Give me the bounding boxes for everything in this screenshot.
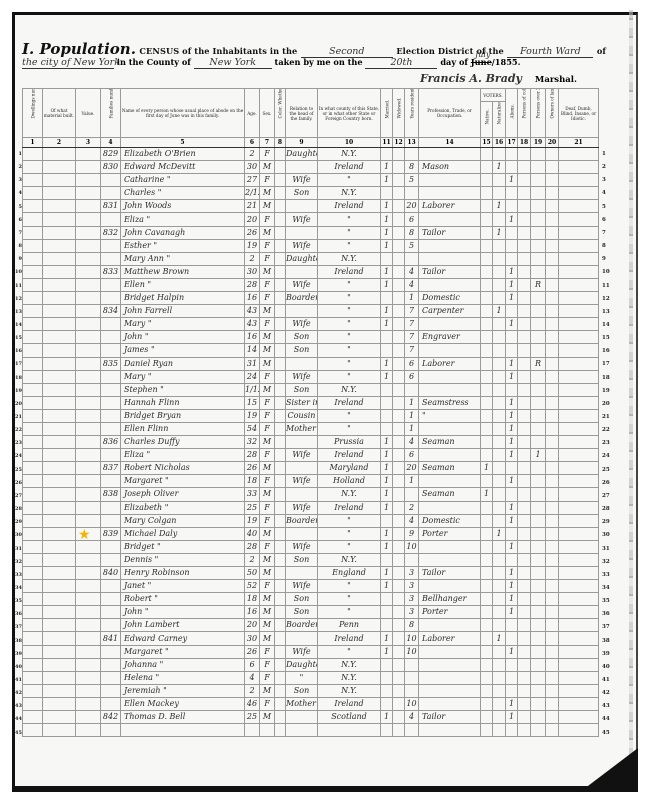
persons-of-color-cell — [518, 697, 531, 710]
age-cell: 52 — [245, 580, 260, 593]
col-header-native: Native. — [481, 102, 493, 138]
landowner-cell — [546, 697, 559, 710]
material-cell — [43, 383, 76, 396]
occupation-cell: " — [419, 409, 481, 422]
color-cell — [275, 711, 286, 724]
row-number-right: 14 — [602, 322, 610, 328]
occupation-cell — [419, 501, 481, 514]
material-cell — [43, 187, 76, 200]
month-struck: June — [471, 57, 492, 67]
aliens-cell — [506, 187, 518, 200]
material-cell — [43, 449, 76, 462]
color-cell — [275, 553, 286, 566]
color-cell — [275, 265, 286, 278]
dwelling-cell — [23, 475, 43, 488]
dwelling-cell — [23, 488, 43, 501]
family-number-cell — [101, 593, 121, 606]
dwelling-cell — [23, 436, 43, 449]
disability-cell — [559, 684, 599, 697]
material-cell — [43, 527, 76, 540]
page-bottom-edge — [12, 786, 612, 792]
landowner-cell — [546, 200, 559, 213]
relation-cell: Wife — [286, 213, 318, 226]
years-resident-cell — [405, 724, 419, 737]
naturalized-voter-cell — [493, 370, 506, 383]
occupation-cell: Mason — [419, 161, 481, 174]
landowner-cell — [546, 265, 559, 278]
native-voter-cell — [481, 187, 493, 200]
persons-of-color-cell — [518, 265, 531, 278]
years-resident-cell: 7 — [405, 305, 419, 318]
col-number: 19 — [531, 138, 546, 148]
age-cell: 43 — [245, 318, 260, 331]
illiterate-cell — [531, 553, 546, 566]
table-row: Helena " 4 F " N.Y. — [23, 671, 599, 684]
years-resident-cell: 4 — [405, 278, 419, 291]
col-number: 10 — [318, 138, 381, 148]
years-resident-cell: 10 — [405, 645, 419, 658]
family-number-cell — [101, 422, 121, 435]
row-number-left: 5 — [14, 204, 22, 210]
widowed-cell — [393, 383, 405, 396]
row-number-left: 44 — [14, 716, 22, 722]
landowner-cell — [546, 422, 559, 435]
relation-cell: Wife — [286, 580, 318, 593]
landowner-cell — [546, 344, 559, 357]
persons-of-color-cell — [518, 252, 531, 265]
married-cell: 1 — [381, 278, 393, 291]
row-number-right: 16 — [602, 348, 610, 354]
birthplace-cell: Ireland — [318, 632, 381, 645]
dwelling-cell — [23, 567, 43, 580]
table-row: Charles " 2/12 M Son N.Y. — [23, 187, 599, 200]
illiterate-cell — [531, 344, 546, 357]
row-number-right: 37 — [602, 624, 610, 630]
dwelling-cell — [23, 671, 43, 684]
landowner-cell — [546, 213, 559, 226]
occupation-cell — [419, 370, 481, 383]
row-number-left: 14 — [14, 322, 22, 328]
dwelling-cell — [23, 357, 43, 370]
landowner-cell — [546, 632, 559, 645]
aliens-cell — [506, 724, 518, 737]
disability-cell — [559, 606, 599, 619]
relation-cell — [286, 200, 318, 213]
sex-cell: M — [260, 383, 275, 396]
landowner-cell — [546, 645, 559, 658]
material-cell — [43, 567, 76, 580]
col-number: 9 — [286, 138, 318, 148]
row-number-left: 35 — [14, 598, 22, 604]
color-cell — [275, 409, 286, 422]
years-resident-cell: 6 — [405, 370, 419, 383]
landowner-cell — [546, 239, 559, 252]
native-voter-cell — [481, 239, 493, 252]
illiterate-cell — [531, 409, 546, 422]
disability-cell — [559, 475, 599, 488]
sex-cell: M — [260, 436, 275, 449]
person-name-cell: Dennis " — [121, 553, 245, 566]
material-cell — [43, 331, 76, 344]
table-row — [23, 724, 599, 737]
naturalized-voter-cell — [493, 318, 506, 331]
row-number-right: 1 — [602, 151, 606, 157]
naturalized-voter-cell — [493, 697, 506, 710]
age-cell: 15 — [245, 396, 260, 409]
row-number-right: 25 — [602, 467, 610, 473]
occupation-cell — [419, 580, 481, 593]
color-cell — [275, 540, 286, 553]
age-cell: 19 — [245, 409, 260, 422]
sex-cell — [260, 724, 275, 737]
naturalized-voter-cell — [493, 422, 506, 435]
person-name-cell: Bridget Halpin — [121, 292, 245, 305]
native-voter-cell — [481, 213, 493, 226]
sex-cell: F — [260, 645, 275, 658]
row-number-left: 34 — [14, 585, 22, 591]
row-number-right: 28 — [602, 506, 610, 512]
persons-of-color-cell — [518, 645, 531, 658]
relation-cell: Wife — [286, 370, 318, 383]
person-name-cell: Catharine " — [121, 174, 245, 187]
material-cell — [43, 396, 76, 409]
sex-cell: M — [260, 632, 275, 645]
persons-of-color-cell — [518, 658, 531, 671]
years-resident-cell — [405, 148, 419, 161]
native-voter-cell — [481, 265, 493, 278]
dwelling-cell — [23, 292, 43, 305]
material-cell — [43, 711, 76, 724]
aliens-cell — [506, 331, 518, 344]
age-cell: 19 — [245, 514, 260, 527]
disability-cell — [559, 449, 599, 462]
relation-cell: Wife — [286, 645, 318, 658]
color-cell — [275, 239, 286, 252]
disability-cell — [559, 344, 599, 357]
persons-of-color-cell — [518, 239, 531, 252]
illiterate-cell — [531, 436, 546, 449]
naturalized-voter-cell — [493, 148, 506, 161]
years-resident-cell: 8 — [405, 619, 419, 632]
person-name-cell: John Woods — [121, 200, 245, 213]
married-cell — [381, 252, 393, 265]
widowed-cell — [393, 331, 405, 344]
persons-of-color-cell — [518, 632, 531, 645]
aliens-cell: 1 — [506, 697, 518, 710]
row-number-left: 39 — [14, 651, 22, 657]
color-cell — [275, 619, 286, 632]
family-number-cell — [101, 540, 121, 553]
naturalized-voter-cell — [493, 265, 506, 278]
col-header-families: Families numbered in the order of their … — [101, 89, 121, 138]
naturalized-voter-cell — [493, 671, 506, 684]
color-cell — [275, 305, 286, 318]
years-resident-cell: 4 — [405, 265, 419, 278]
material-cell — [43, 357, 76, 370]
value-cell — [76, 265, 101, 278]
age-cell: 26 — [245, 462, 260, 475]
aliens-cell: 1 — [506, 436, 518, 449]
table-row: Robert " 18 M Son " 3 Bellhanger 1 — [23, 593, 599, 606]
widowed-cell — [393, 305, 405, 318]
row-number-left: 32 — [14, 559, 22, 565]
disability-cell — [559, 540, 599, 553]
years-resident-cell: 5 — [405, 174, 419, 187]
dwelling-cell — [23, 645, 43, 658]
birthplace-cell: " — [318, 292, 381, 305]
years-resident-cell: 6 — [405, 449, 419, 462]
persons-of-color-cell — [518, 488, 531, 501]
persons-of-color-cell — [518, 226, 531, 239]
row-number-right: 12 — [602, 296, 610, 302]
married-cell — [381, 292, 393, 305]
family-number-cell: 832 — [101, 226, 121, 239]
family-number-cell — [101, 697, 121, 710]
landowner-cell — [546, 331, 559, 344]
illiterate-cell: 1 — [531, 449, 546, 462]
person-name-cell: Mary Ann " — [121, 252, 245, 265]
native-voter-cell — [481, 724, 493, 737]
color-cell — [275, 187, 286, 200]
years-resident-cell: 1 — [405, 475, 419, 488]
row-number-right: 27 — [602, 493, 610, 499]
table-row: John " 16 M Son " 7 Engraver — [23, 331, 599, 344]
sex-cell: F — [260, 501, 275, 514]
relation-cell — [286, 305, 318, 318]
family-number-cell — [101, 671, 121, 684]
family-number-cell — [101, 213, 121, 226]
sex-cell: M — [260, 344, 275, 357]
family-number-cell — [101, 383, 121, 396]
dwelling-cell — [23, 252, 43, 265]
person-name-cell: Jeremiah " — [121, 684, 245, 697]
persons-of-color-cell — [518, 449, 531, 462]
aliens-cell: 1 — [506, 580, 518, 593]
person-name-cell: Margaret " — [121, 645, 245, 658]
color-cell — [275, 724, 286, 737]
married-cell — [381, 606, 393, 619]
material-cell — [43, 292, 76, 305]
table-row: Bridget " 28 F Wife " 1 10 1 — [23, 540, 599, 553]
person-name-cell: Ellen Mackey — [121, 697, 245, 710]
relation-cell: Mother in law — [286, 422, 318, 435]
row-number-left: 12 — [14, 296, 22, 302]
occupation-cell — [419, 619, 481, 632]
disability-cell — [559, 697, 599, 710]
sex-cell: M — [260, 606, 275, 619]
years-resident-cell: 3 — [405, 567, 419, 580]
married-cell: 1 — [381, 213, 393, 226]
years-resident-cell: 7 — [405, 318, 419, 331]
married-cell — [381, 187, 393, 200]
disability-cell — [559, 645, 599, 658]
widowed-cell — [393, 239, 405, 252]
relation-cell — [286, 527, 318, 540]
value-cell — [76, 462, 101, 475]
row-number-right: 33 — [602, 572, 610, 578]
age-cell: 2 — [245, 148, 260, 161]
aliens-cell: 1 — [506, 409, 518, 422]
relation-cell — [286, 462, 318, 475]
naturalized-voter-cell — [493, 396, 506, 409]
sex-cell: M — [260, 619, 275, 632]
color-cell — [275, 645, 286, 658]
relation-cell: Wife — [286, 278, 318, 291]
naturalized-voter-cell — [493, 684, 506, 697]
disability-cell — [559, 226, 599, 239]
col-number: 8 — [275, 138, 286, 148]
family-number-cell: 829 — [101, 148, 121, 161]
page-edge — [629, 10, 633, 780]
color-cell — [275, 527, 286, 540]
dwelling-cell — [23, 684, 43, 697]
native-voter-cell — [481, 619, 493, 632]
row-number-right: 38 — [602, 638, 610, 644]
age-cell: 1/12 — [245, 383, 260, 396]
row-number-left: 4 — [14, 190, 22, 196]
persons-of-color-cell — [518, 344, 531, 357]
row-number-left: 26 — [14, 480, 22, 486]
disability-cell — [559, 527, 599, 540]
color-cell — [275, 161, 286, 174]
aliens-cell: 1 — [506, 370, 518, 383]
married-cell — [381, 697, 393, 710]
age-cell: 2 — [245, 553, 260, 566]
sex-cell: F — [260, 278, 275, 291]
value-cell — [76, 161, 101, 174]
value-cell — [76, 331, 101, 344]
aliens-cell: 1 — [506, 711, 518, 724]
relation-cell: Son — [286, 606, 318, 619]
relation-cell: Boarder — [286, 619, 318, 632]
dwelling-cell — [23, 226, 43, 239]
row-number-left: 7 — [14, 230, 22, 236]
sex-cell: M — [260, 684, 275, 697]
row-number-right: 36 — [602, 611, 610, 617]
illiterate-cell — [531, 239, 546, 252]
row-number-right: 2 — [602, 164, 606, 170]
table-row: 836 Charles Duffy 32 M Prussia 1 4 Seama… — [23, 436, 599, 449]
native-voter-cell — [481, 475, 493, 488]
married-cell: 1 — [381, 462, 393, 475]
material-cell — [43, 606, 76, 619]
value-cell — [76, 213, 101, 226]
row-number-left: 33 — [14, 572, 22, 578]
row-number-right: 20 — [602, 401, 610, 407]
table-row: Mary " 43 F Wife " 1 7 1 — [23, 318, 599, 331]
years-resident-cell: 1 — [405, 396, 419, 409]
row-number-right: 41 — [602, 677, 610, 683]
row-number-right: 8 — [602, 243, 606, 249]
person-name-cell: Eliza " — [121, 449, 245, 462]
person-name-cell: James " — [121, 344, 245, 357]
widowed-cell — [393, 658, 405, 671]
age-cell: 50 — [245, 567, 260, 580]
widowed-cell — [393, 370, 405, 383]
value-cell — [76, 383, 101, 396]
illiterate-cell — [531, 580, 546, 593]
age-cell: 25 — [245, 501, 260, 514]
row-number-left: 41 — [14, 677, 22, 683]
landowner-cell — [546, 187, 559, 200]
table-row: 834 John Farrell 43 M " 1 7 Carpenter 1 — [23, 305, 599, 318]
widowed-cell — [393, 527, 405, 540]
widowed-cell — [393, 265, 405, 278]
landowner-cell — [546, 658, 559, 671]
aliens-cell: 1 — [506, 318, 518, 331]
age-cell: 28 — [245, 449, 260, 462]
years-resident-cell: 7 — [405, 331, 419, 344]
row-number-left: 16 — [14, 348, 22, 354]
color-cell — [275, 697, 286, 710]
birthplace-cell: " — [318, 174, 381, 187]
occupation-cell — [419, 724, 481, 737]
value-cell — [76, 148, 101, 161]
col-number: 12 — [393, 138, 405, 148]
value-cell — [76, 697, 101, 710]
row-number-left: 6 — [14, 217, 22, 223]
birthplace-cell: Ireland — [318, 697, 381, 710]
landowner-cell — [546, 449, 559, 462]
married-cell — [381, 553, 393, 566]
illiterate-cell — [531, 540, 546, 553]
naturalized-voter-cell — [493, 606, 506, 619]
color-cell — [275, 422, 286, 435]
native-voter-cell — [481, 711, 493, 724]
persons-of-color-cell — [518, 711, 531, 724]
table-row: Catharine " 27 F Wife " 1 5 1 — [23, 174, 599, 187]
birthplace-cell: " — [318, 344, 381, 357]
table-row: Ellen Mackey 46 F Mother in law Ireland … — [23, 697, 599, 710]
person-name-cell: Mary " — [121, 318, 245, 331]
table-row: John Lambert 20 M Boarder Penn 8 — [23, 619, 599, 632]
birthplace-cell: N.Y. — [318, 684, 381, 697]
aliens-cell — [506, 161, 518, 174]
persons-of-color-cell — [518, 527, 531, 540]
widowed-cell — [393, 580, 405, 593]
sex-cell: F — [260, 148, 275, 161]
widowed-cell — [393, 632, 405, 645]
married-cell: 1 — [381, 567, 393, 580]
col-header-voters: VOTERS. — [481, 89, 506, 102]
naturalized-voter-cell — [493, 553, 506, 566]
person-name-cell: John Cavanagh — [121, 226, 245, 239]
occupation-cell — [419, 174, 481, 187]
married-cell: 1 — [381, 357, 393, 370]
years-resident-cell: 10 — [405, 540, 419, 553]
native-voter-cell — [481, 645, 493, 658]
marshal-line: Francis A. Brady Marshal. — [420, 72, 577, 85]
sex-cell: M — [260, 187, 275, 200]
naturalized-voter-cell — [493, 449, 506, 462]
star-icon[interactable]: ★ — [78, 528, 92, 542]
occupation-cell — [419, 278, 481, 291]
landowner-cell — [546, 383, 559, 396]
married-cell: 1 — [381, 475, 393, 488]
landowner-cell — [546, 619, 559, 632]
widowed-cell — [393, 593, 405, 606]
birthplace-cell: Ireland — [318, 396, 381, 409]
title-prefix: CENSUS of the Inhabitants in the — [139, 46, 297, 56]
person-name-cell: Janet " — [121, 580, 245, 593]
relation-cell: Son — [286, 344, 318, 357]
relation-cell: Son — [286, 383, 318, 396]
disability-cell — [559, 318, 599, 331]
years-resident-cell: 1 — [405, 292, 419, 305]
row-number-left: 27 — [14, 493, 22, 499]
naturalized-voter-cell — [493, 724, 506, 737]
married-cell: 1 — [381, 711, 393, 724]
